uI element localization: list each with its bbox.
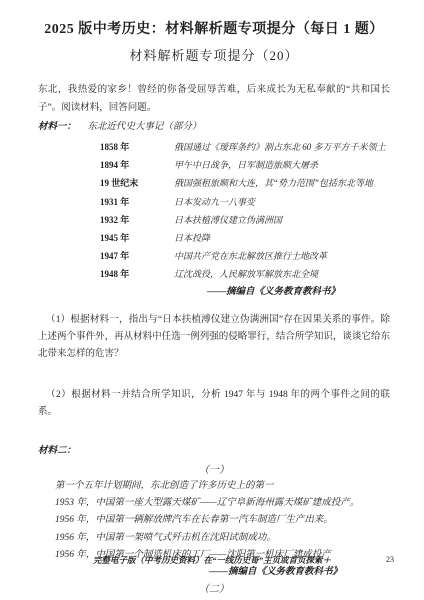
timeline-year: 1947 年 — [100, 247, 174, 265]
timeline-row: 1948 年 辽沈战役，人民解放军解放东北全境 — [38, 265, 390, 283]
timeline-row: 19 世纪末 俄国强租旅顺和大连，其“势力范围”包括东北等地 — [38, 174, 390, 192]
material2-part2-heading: （二） — [38, 582, 390, 597]
document-subtitle: 材料解析题专项提分（20） — [38, 48, 390, 63]
timeline-year: 1948 年 — [100, 265, 174, 283]
material2-item: 1956 年，中国第一辆解放牌汽车在长春第一汽车制造厂生产出来。 — [38, 512, 390, 529]
material2-part1-heading: （一） — [38, 463, 390, 478]
material1-heading: 材料一： 东北近代史大事记（部分） — [38, 118, 390, 136]
timeline-row: 1858 年 俄国通过《瑷珲条约》割占东北 60 多万平方千米领土 — [38, 138, 390, 156]
timeline-row: 1931 年 日本发动九一八事变 — [38, 193, 390, 211]
material2-item: 1953 年，中国第一座大型露天煤矿——辽宁阜新海州露天煤矿建成投产。 — [38, 495, 390, 512]
intro-paragraph: 东北，我热爱的家乡！曾经的你备受屈辱苦难，后来成长为无私奉献的“共和国长子”。阅… — [38, 82, 390, 117]
timeline-year: 1931 年 — [100, 193, 174, 211]
material1-caption: 东北近代史大事记（部分） — [87, 122, 201, 132]
timeline-event: 日本发动九一八事变 — [174, 193, 390, 211]
material2-label: 材料二： — [38, 446, 76, 456]
document-page: 2025 版中考历史：材料解析题专项提分（每日 1 题） 材料解析题专项提分（2… — [0, 0, 424, 600]
timeline-row: 1947 年 中国共产党在东北解放区推行土地改革 — [38, 247, 390, 265]
timeline-row: 1932 年 日本扶植溥仪建立伪满洲国 — [38, 211, 390, 229]
page-number: 23 — [386, 555, 394, 564]
timeline-event: 辽沈战役，人民解放军解放东北全境 — [174, 265, 390, 283]
question-2: （2）根据材料一并结合所学知识，分析 1947 年与 1948 年的两个事件之间… — [38, 387, 390, 421]
timeline-year: 19 世纪末 — [100, 174, 174, 192]
timeline-event: 俄国通过《瑷珲条约》割占东北 60 多万平方千米领土 — [174, 138, 390, 156]
material2-item: 1956 年，中国第一架喷气式歼击机在沈阳试制成功。 — [38, 530, 390, 547]
material2-source: ——摘编自《义务教育教科书》 — [38, 564, 390, 580]
timeline-row: 1945 年 日本投降 — [38, 229, 390, 247]
material2-heading: 材料二： — [38, 442, 390, 460]
timeline-event: 日本投降 — [174, 229, 390, 247]
document-title: 2025 版中考历史：材料解析题专项提分（每日 1 题） — [38, 22, 390, 38]
material2-part1-intro: 第一个五年计划期间，东北创造了许多历史上的第一 — [38, 478, 390, 495]
question-1: （1）根据材料一，指出与“日本扶植溥仪建立伪满洲国”存在因果关系的事件。除上述两… — [38, 312, 390, 363]
timeline-event: 中国共产党在东北解放区推行土地改革 — [174, 247, 390, 265]
timeline-year: 1858 年 — [100, 138, 174, 156]
timeline-year: 1945 年 — [100, 229, 174, 247]
timeline-year: 1894 年 — [100, 156, 174, 174]
footer-promo-text: 完整电子版（中考历史资料）在“一线历史哥”主页或首页探索＋ — [0, 554, 424, 566]
timeline-event: 甲午中日战争，日军制造旅顺大屠杀 — [174, 156, 390, 174]
material1-source: ——摘编自《义务教育教科书》 — [38, 284, 390, 300]
timeline-year: 1932 年 — [100, 211, 174, 229]
material1-label: 材料一： — [38, 122, 76, 132]
timeline-event: 俄国强租旅顺和大连，其“势力范围”包括东北等地 — [174, 174, 390, 192]
material1-timeline: 1858 年 俄国通过《瑷珲条约》割占东北 60 多万平方千米领土 1894 年… — [38, 138, 390, 284]
timeline-row: 1894 年 甲午中日战争，日军制造旅顺大屠杀 — [38, 156, 390, 174]
timeline-event: 日本扶植溥仪建立伪满洲国 — [174, 211, 390, 229]
